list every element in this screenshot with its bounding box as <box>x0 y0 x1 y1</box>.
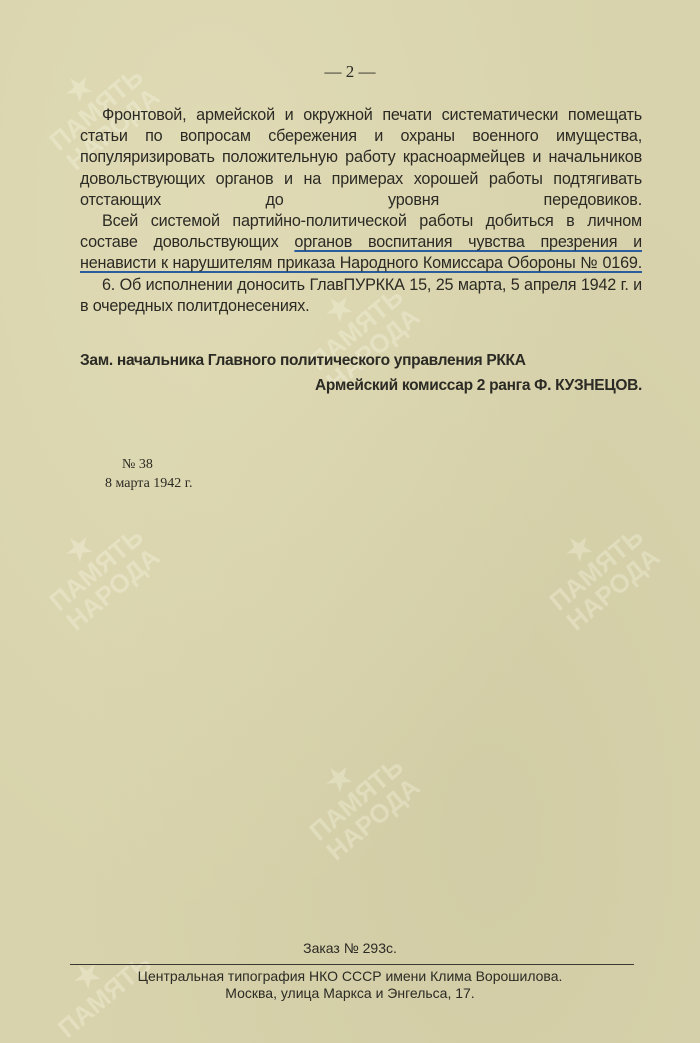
page-number: — 2 — <box>0 62 700 82</box>
paragraph-press: Фронтовой, армейской и окружной печати с… <box>80 105 642 211</box>
document-date: 8 марта 1942 г. <box>105 476 192 492</box>
watermark: ★ПАМЯТЬНАРОДА <box>288 733 424 865</box>
watermark: ★ПАМЯТЬНАРОДА <box>28 503 164 635</box>
watermark: ★ПАМЯТЬНАРОДА <box>528 503 664 635</box>
document-number: № 38 <box>122 457 153 473</box>
paragraph-reporting: 6. Об исполнении доносить ГлавПУРККА 15,… <box>80 275 642 317</box>
footer-divider <box>70 964 634 965</box>
print-order-number: Заказ № 293с. <box>0 940 700 956</box>
body-text: Фронтовой, армейской и окружной печати с… <box>80 105 642 317</box>
printer-name: Центральная типография НКО СССР имени Кл… <box>0 968 700 984</box>
signatory-name: Армейский комиссар 2 ранга Ф. КУЗНЕЦОВ. <box>315 377 642 395</box>
document-page: ★ПАМЯТЬНАРОДА ★ПАМЯТЬНАРОДА ★ПАМЯТЬНАРОД… <box>0 0 700 1043</box>
signatory-position: Зам. начальника Главного политического у… <box>80 352 526 370</box>
paragraph-education: Всей системой партийно-политической рабо… <box>80 211 642 275</box>
printer-address: Москва, улица Маркса и Энгельса, 17. <box>0 985 700 1001</box>
